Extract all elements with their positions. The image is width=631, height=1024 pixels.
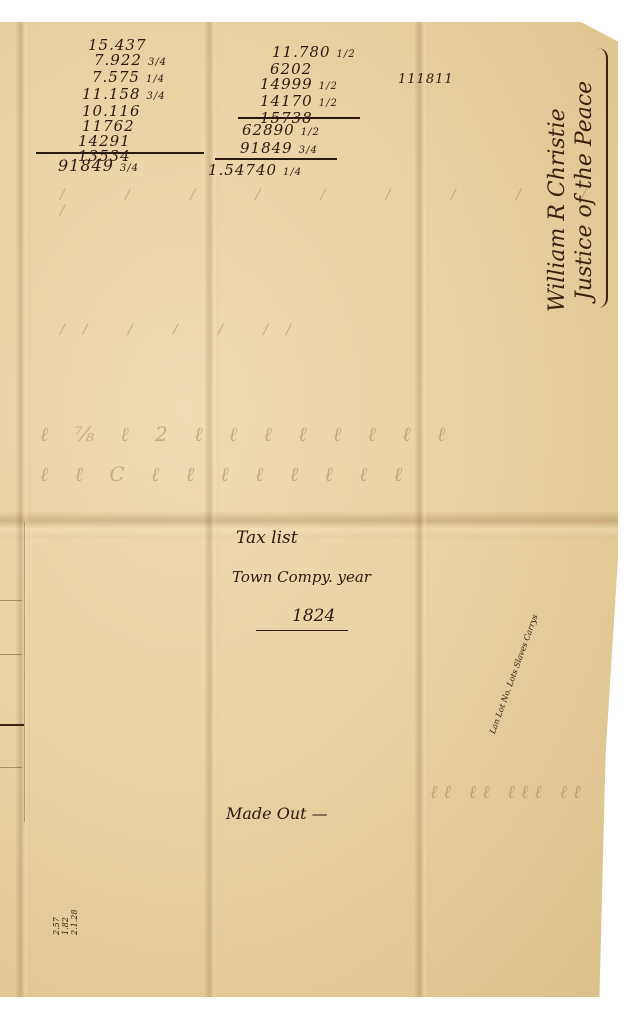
tally-marks: 111811 [398,72,454,87]
sum-rule [238,117,360,119]
middle-carried: 918493/4 [240,141,318,158]
signature-title: Justice of the Peace [572,81,597,300]
bleed-through-text: // / / / // [60,322,309,338]
left-column-total: 918493/4 [58,158,139,176]
bleed-through-text: / / / / / / / / / / [60,187,618,219]
grand-total: 1.547401/4 [208,163,302,180]
margin-rule [0,767,22,768]
left-figure-column: 15.437 7.9223/4 7.5751/4 11.1583/4 10.11… [88,38,172,164]
margin-column-line [24,522,25,822]
docket-underline [256,630,348,631]
signature-name: William R Christie [545,108,570,312]
vertical-fold-right [415,22,429,997]
docket-subtitle: Town Compy. year [232,568,371,586]
margin-rule [0,600,22,601]
sum-rule [215,158,337,160]
small-calculation: 2.57 1.82 2.1.28 [52,910,79,935]
bleed-through-text: ℓ ⅞ ℓ 2 ℓ ℓ ℓ ℓ ℓ ℓ ℓ ℓ [40,422,455,447]
margin-rule [0,724,24,726]
middle-subtotal: 628901/2 [242,123,320,140]
sum-rule [36,152,204,154]
middle-figure-column: 11.7801/2 6202 149991/2 141701/2 15738 [270,45,354,126]
margin-rule [0,654,22,655]
docket-year: 1824 [292,606,335,626]
docket-title: Tax list [236,528,298,548]
vertical-fold-left [16,22,30,997]
bleed-through-text: ℓℓ ℓℓ ℓℓℓ ℓℓ [430,782,587,803]
horizontal-fold [0,512,618,538]
made-out-note: Made Out — [226,804,328,823]
signature-bracket [598,48,608,308]
bleed-through-text: ℓ ℓ C ℓ ℓ ℓ ℓ ℓ ℓ ℓ ℓ [40,462,412,487]
